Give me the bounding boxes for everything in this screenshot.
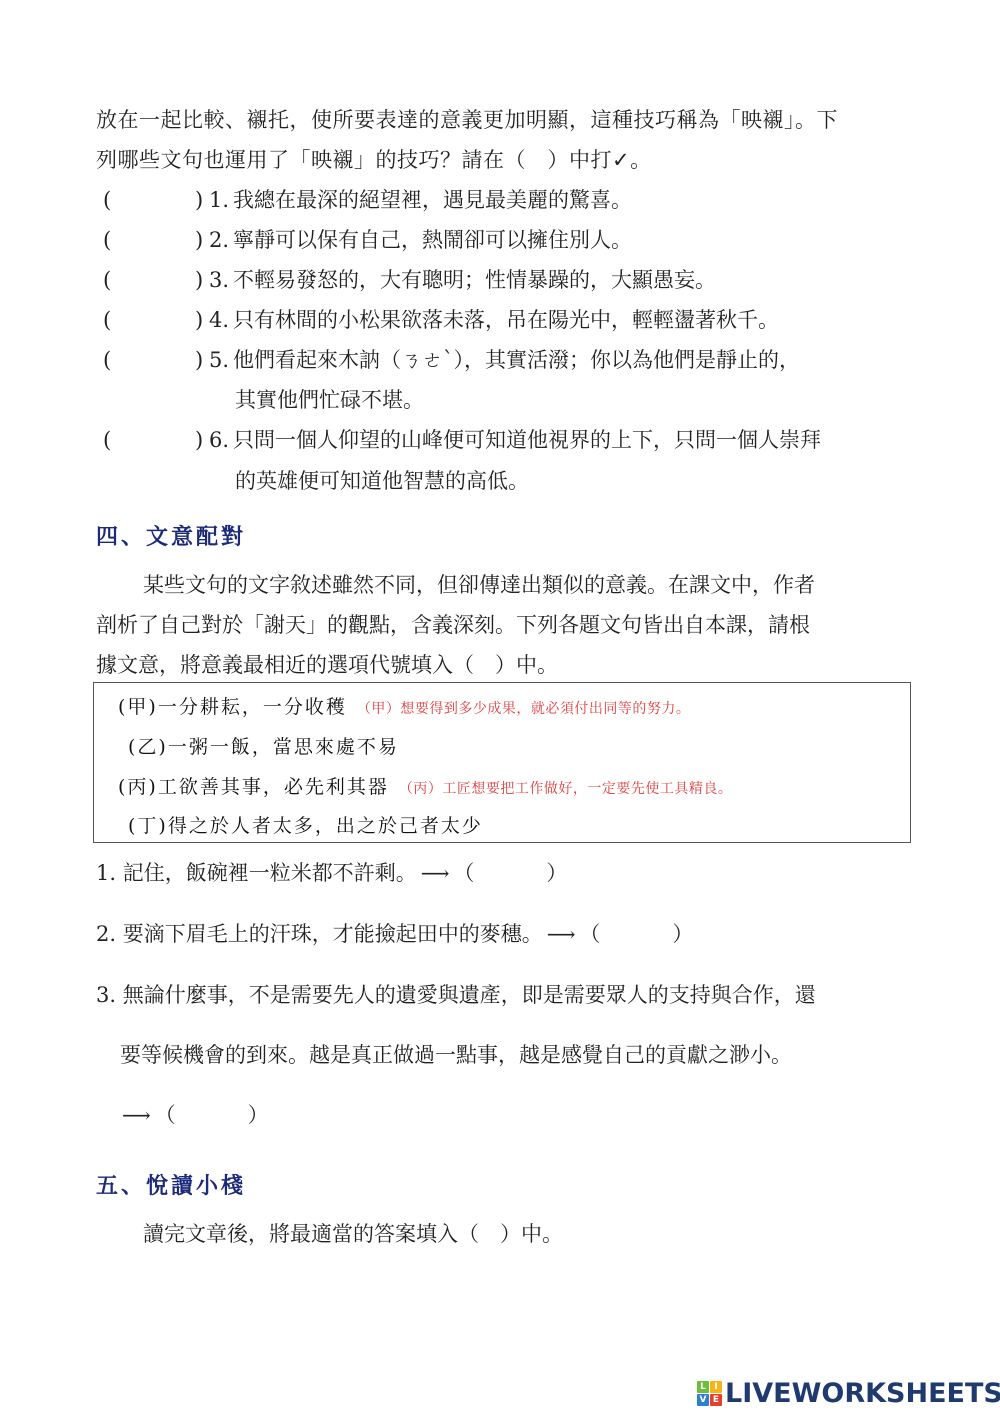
- section-4-para-line-2: 剖析了自己對於「謝天」的觀點，含義深刻。下列各題文句皆出自本課，請根: [96, 610, 810, 640]
- question-6-continuation: 的英雄便可知道他智慧的高低。: [235, 466, 529, 496]
- answer-blank-close: ): [195, 425, 205, 455]
- question-text: 只有林間的小松果欲落未落，吊在陽光中，輕輕盪著秋千。: [233, 308, 779, 332]
- arrow-right-icon: ⟶: [421, 858, 450, 888]
- question-row-5: ()5.他們看起來木訥（ㄋㄜˋ），其實活潑；你以為他們是靜止的，: [103, 345, 800, 375]
- option-jia: (甲)一分耕耘，一分收穫（甲）想要得到多少成果，就必須付出同等的努力。: [118, 693, 690, 723]
- answer-blank-open[interactable]: (: [103, 345, 195, 375]
- option-note: （丙）工匠想要把工作做好，一定要先使工具精良。: [399, 781, 733, 797]
- intro-line-2-text: 列哪些文句也運用了「映襯」的技巧？請在（ ）中打: [96, 148, 612, 172]
- answer-blank-open[interactable]: (: [103, 185, 195, 215]
- logo-tile-l: L: [697, 1381, 709, 1393]
- match-item-3-answer: ⟶（）: [118, 1100, 269, 1130]
- match-text: 無論什麼事，不是需要先人的遺愛與遺產，即是需要眾人的支持與合作，還: [123, 983, 816, 1007]
- option-label: (丙)工欲善其事，必先利其器: [118, 776, 389, 798]
- option-label: (甲)一分耕耘，一分收穫: [118, 696, 347, 718]
- logo-text: LIVEWORKSHEETS: [725, 1378, 1000, 1409]
- option-label: (乙)一粥一飯，當思來處不易: [128, 736, 399, 758]
- answer-blank-open[interactable]: (: [103, 425, 195, 455]
- question-text: 我總在最深的絕望裡，遇見最美麗的驚喜。: [233, 188, 632, 212]
- intro-line-2: 列哪些文句也運用了「映襯」的技巧？請在（ ）中打✓。: [96, 145, 652, 175]
- option-label: (丁)得之於人者太多，出之於己者太少: [128, 815, 483, 837]
- match-item-1: 1. 記住，飯碗裡一粒米都不許剩。⟶（）: [96, 858, 567, 888]
- answer-blank[interactable]: （）: [579, 919, 693, 949]
- question-text: 寧靜可以保有自己，熱鬧卻可以擁住別人。: [233, 228, 632, 252]
- answer-blank-open[interactable]: (: [103, 265, 195, 295]
- match-number: 1.: [96, 861, 116, 885]
- question-row-1: ()1.我總在最深的絕望裡，遇見最美麗的驚喜。: [103, 185, 632, 215]
- answer-blank[interactable]: （）: [453, 858, 567, 888]
- option-ding: (丁)得之於人者太多，出之於己者太少: [128, 812, 483, 840]
- answer-blank-close: ): [195, 185, 205, 215]
- arrow-right-icon: ⟶: [122, 1100, 151, 1130]
- match-number: 3.: [96, 983, 116, 1007]
- match-number: 2.: [96, 922, 116, 946]
- question-row-2: ()2.寧靜可以保有自己，熱鬧卻可以擁住別人。: [103, 225, 632, 255]
- option-bing: (丙)工欲善其事，必先利其器（丙）工匠想要把工作做好，一定要先使工具精良。: [118, 773, 732, 803]
- question-number: 1.: [209, 185, 229, 215]
- answer-blank-close: ): [195, 265, 205, 295]
- answer-blank-open[interactable]: (: [103, 225, 195, 255]
- question-number: 2.: [209, 225, 229, 255]
- section-4-heading: 四、文意配對: [96, 523, 246, 553]
- question-number: 4.: [209, 305, 229, 335]
- answer-blank[interactable]: （）: [155, 1100, 269, 1130]
- match-item-3-continuation: 要等候機會的到來。越是真正做過一點事，越是感覺自己的貢獻之渺小。: [120, 1040, 792, 1070]
- section-5-instruction: 讀完文章後，將最適當的答案填入（ ）中。: [143, 1219, 563, 1249]
- question-5-continuation: 其實他們忙碌不堪。: [235, 385, 424, 415]
- answer-blank-close: ): [195, 305, 205, 335]
- liveworksheets-logo[interactable]: L I V E LIVEWORKSHEETS: [697, 1377, 1000, 1409]
- question-row-6: ()6.只問一個人仰望的山峰便可知道他視界的上下，只問一個人崇拜: [103, 425, 821, 455]
- match-text: 要滴下眉毛上的汗珠，才能撿起田中的麥穗。: [123, 922, 543, 946]
- match-item-3: 3. 無論什麼事，不是需要先人的遺愛與遺產，即是需要眾人的支持與合作，還: [96, 980, 816, 1010]
- answer-blank-close: ): [195, 345, 205, 375]
- question-number: 5.: [209, 345, 229, 375]
- section-5-heading: 五、悅讀小棧: [96, 1172, 246, 1202]
- logo-tile-i: I: [710, 1381, 722, 1393]
- question-number: 3.: [209, 265, 229, 295]
- logo-tile-e: E: [710, 1394, 722, 1406]
- section-4-para-line-1: 某些文句的文字敘述雖然不同，但卻傳達出類似的意義。在課文中，作者: [143, 570, 815, 600]
- worksheet-page: 放在一起比較、襯托，使所要表達的意義更加明顯，這種技巧稱為「映襯」。下 列哪些文…: [0, 0, 1000, 1413]
- question-number: 6.: [209, 425, 229, 455]
- answer-blank-close: ): [195, 225, 205, 255]
- question-text: 他們看起來木訥（ㄋㄜˋ），其實活潑；你以為他們是靜止的，: [233, 348, 800, 372]
- logo-tile-v: V: [697, 1394, 709, 1406]
- match-text: 記住，飯碗裡一粒米都不許剩。: [123, 861, 417, 885]
- match-item-2: 2. 要滴下眉毛上的汗珠，才能撿起田中的麥穗。⟶（）: [96, 919, 693, 949]
- checkmark-icon: ✓: [612, 148, 630, 172]
- question-row-3: ()3.不輕易發怒的，大有聰明；性情暴躁的，大顯愚妄。: [103, 265, 716, 295]
- option-note: （甲）想要得到多少成果，就必須付出同等的努力。: [357, 701, 691, 717]
- logo-tiles-icon: L I V E: [697, 1381, 722, 1406]
- intro-line-1: 放在一起比較、襯托，使所要表達的意義更加明顯，這種技巧稱為「映襯」。下: [96, 105, 838, 135]
- option-yi: (乙)一粥一飯，當思來處不易: [128, 733, 399, 761]
- intro-line-2-end: 。: [630, 148, 652, 172]
- section-4-para-line-3: 據文意，將意義最相近的選項代號填入（ ）中。: [96, 650, 558, 680]
- answer-blank-open[interactable]: (: [103, 305, 195, 335]
- question-text: 不輕易發怒的，大有聰明；性情暴躁的，大顯愚妄。: [233, 268, 716, 292]
- question-text: 只問一個人仰望的山峰便可知道他視界的上下，只問一個人崇拜: [233, 428, 821, 452]
- arrow-right-icon: ⟶: [547, 919, 576, 949]
- question-row-4: ()4.只有林間的小松果欲落未落，吊在陽光中，輕輕盪著秋千。: [103, 305, 779, 335]
